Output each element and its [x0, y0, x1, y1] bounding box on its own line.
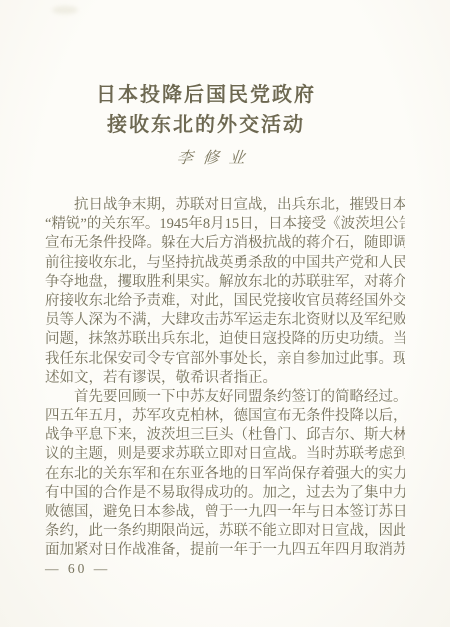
body-line: 前往接收东北，与坚持抗战英勇杀敌的中国共产党和人民军队	[45, 254, 405, 273]
body-line: 抗日战争末期，苏联对日宣战，出兵东北，摧毁日本号称	[45, 196, 405, 215]
body-line: 宣布无条件投降。躲在大后方消极抗战的蒋介石，随即调兵遣将	[45, 234, 405, 253]
body-line: 府接收东北给予责难，对此，国民党接收官员蒋经国外交特派	[45, 292, 405, 311]
body-line: 在东北的关东军和在东亚各地的日军尚保存着强大的实力，没	[45, 465, 405, 484]
scan-artifact	[52, 6, 78, 14]
body-line: 战争平息下来，波茨坦三巨头（杜鲁门、邱吉尔、斯大林）会	[45, 426, 405, 445]
page-number: — 60 —	[45, 561, 110, 577]
body-line: 败德国，避免日本参战，曾于一九四一年与日本签订苏日中立	[45, 503, 405, 522]
article-title-line2: 接收东北的外交活动	[0, 110, 412, 140]
article-title: 日本投降后国民党政府 接收东北的外交活动	[0, 80, 412, 140]
body-line: 有中国的合作是不易取得成功的。加之，过去为了集中力量打	[45, 484, 405, 503]
body-line: 问题，抹煞苏联出兵东北，迫使日寇投降的历史功绩。当时，	[45, 330, 405, 349]
body-line: 述如文，若有谬误，敬希识者指正。	[45, 369, 405, 388]
body-line: 争夺地盘，攫取胜利果实。解放东北的苏联驻军，对蒋介石政	[45, 273, 405, 292]
article-title-line1: 日本投降后国民党政府	[0, 80, 412, 110]
body-line: 我任东北保安司令专官部外事处长，亲自参加过此事。现特记	[45, 350, 405, 369]
body-line: 面加紧对日作战准备，提前一年于一九四五年四月取消苏日中	[45, 541, 405, 560]
author-name: 李修业	[0, 145, 433, 168]
body-line: 议的主题，则是要求苏联立即对日宣战。当时苏联考虑到日本	[45, 445, 405, 464]
scanned-document-page: 日本投降后国民党政府 接收东北的外交活动 李修业 抗日战争末期，苏联对日宣战，出…	[0, 0, 450, 627]
body-line: 条约，此一条约期限尚远，苏联不能立即对日宣战，因此苏联一	[45, 522, 405, 541]
body-line: 员等人深为不满，大肆攻击苏军运走东北资财以及军纪败坏等	[45, 311, 405, 330]
body-line: 四五年五月，苏军攻克柏林，德国宣布无条件投降以后，西欧	[45, 407, 405, 426]
body-line: “精锐”的关东军。1945年8月15日，日本接受《波茨坦公告》，	[45, 215, 405, 234]
body-line: 首先要回顾一下中苏友好同盟条约签订的简略经过。一九	[45, 388, 405, 407]
article-body: 抗日战争末期，苏联对日宣战，出兵东北，摧毁日本号称 “精锐”的关东军。1945年…	[45, 196, 405, 561]
